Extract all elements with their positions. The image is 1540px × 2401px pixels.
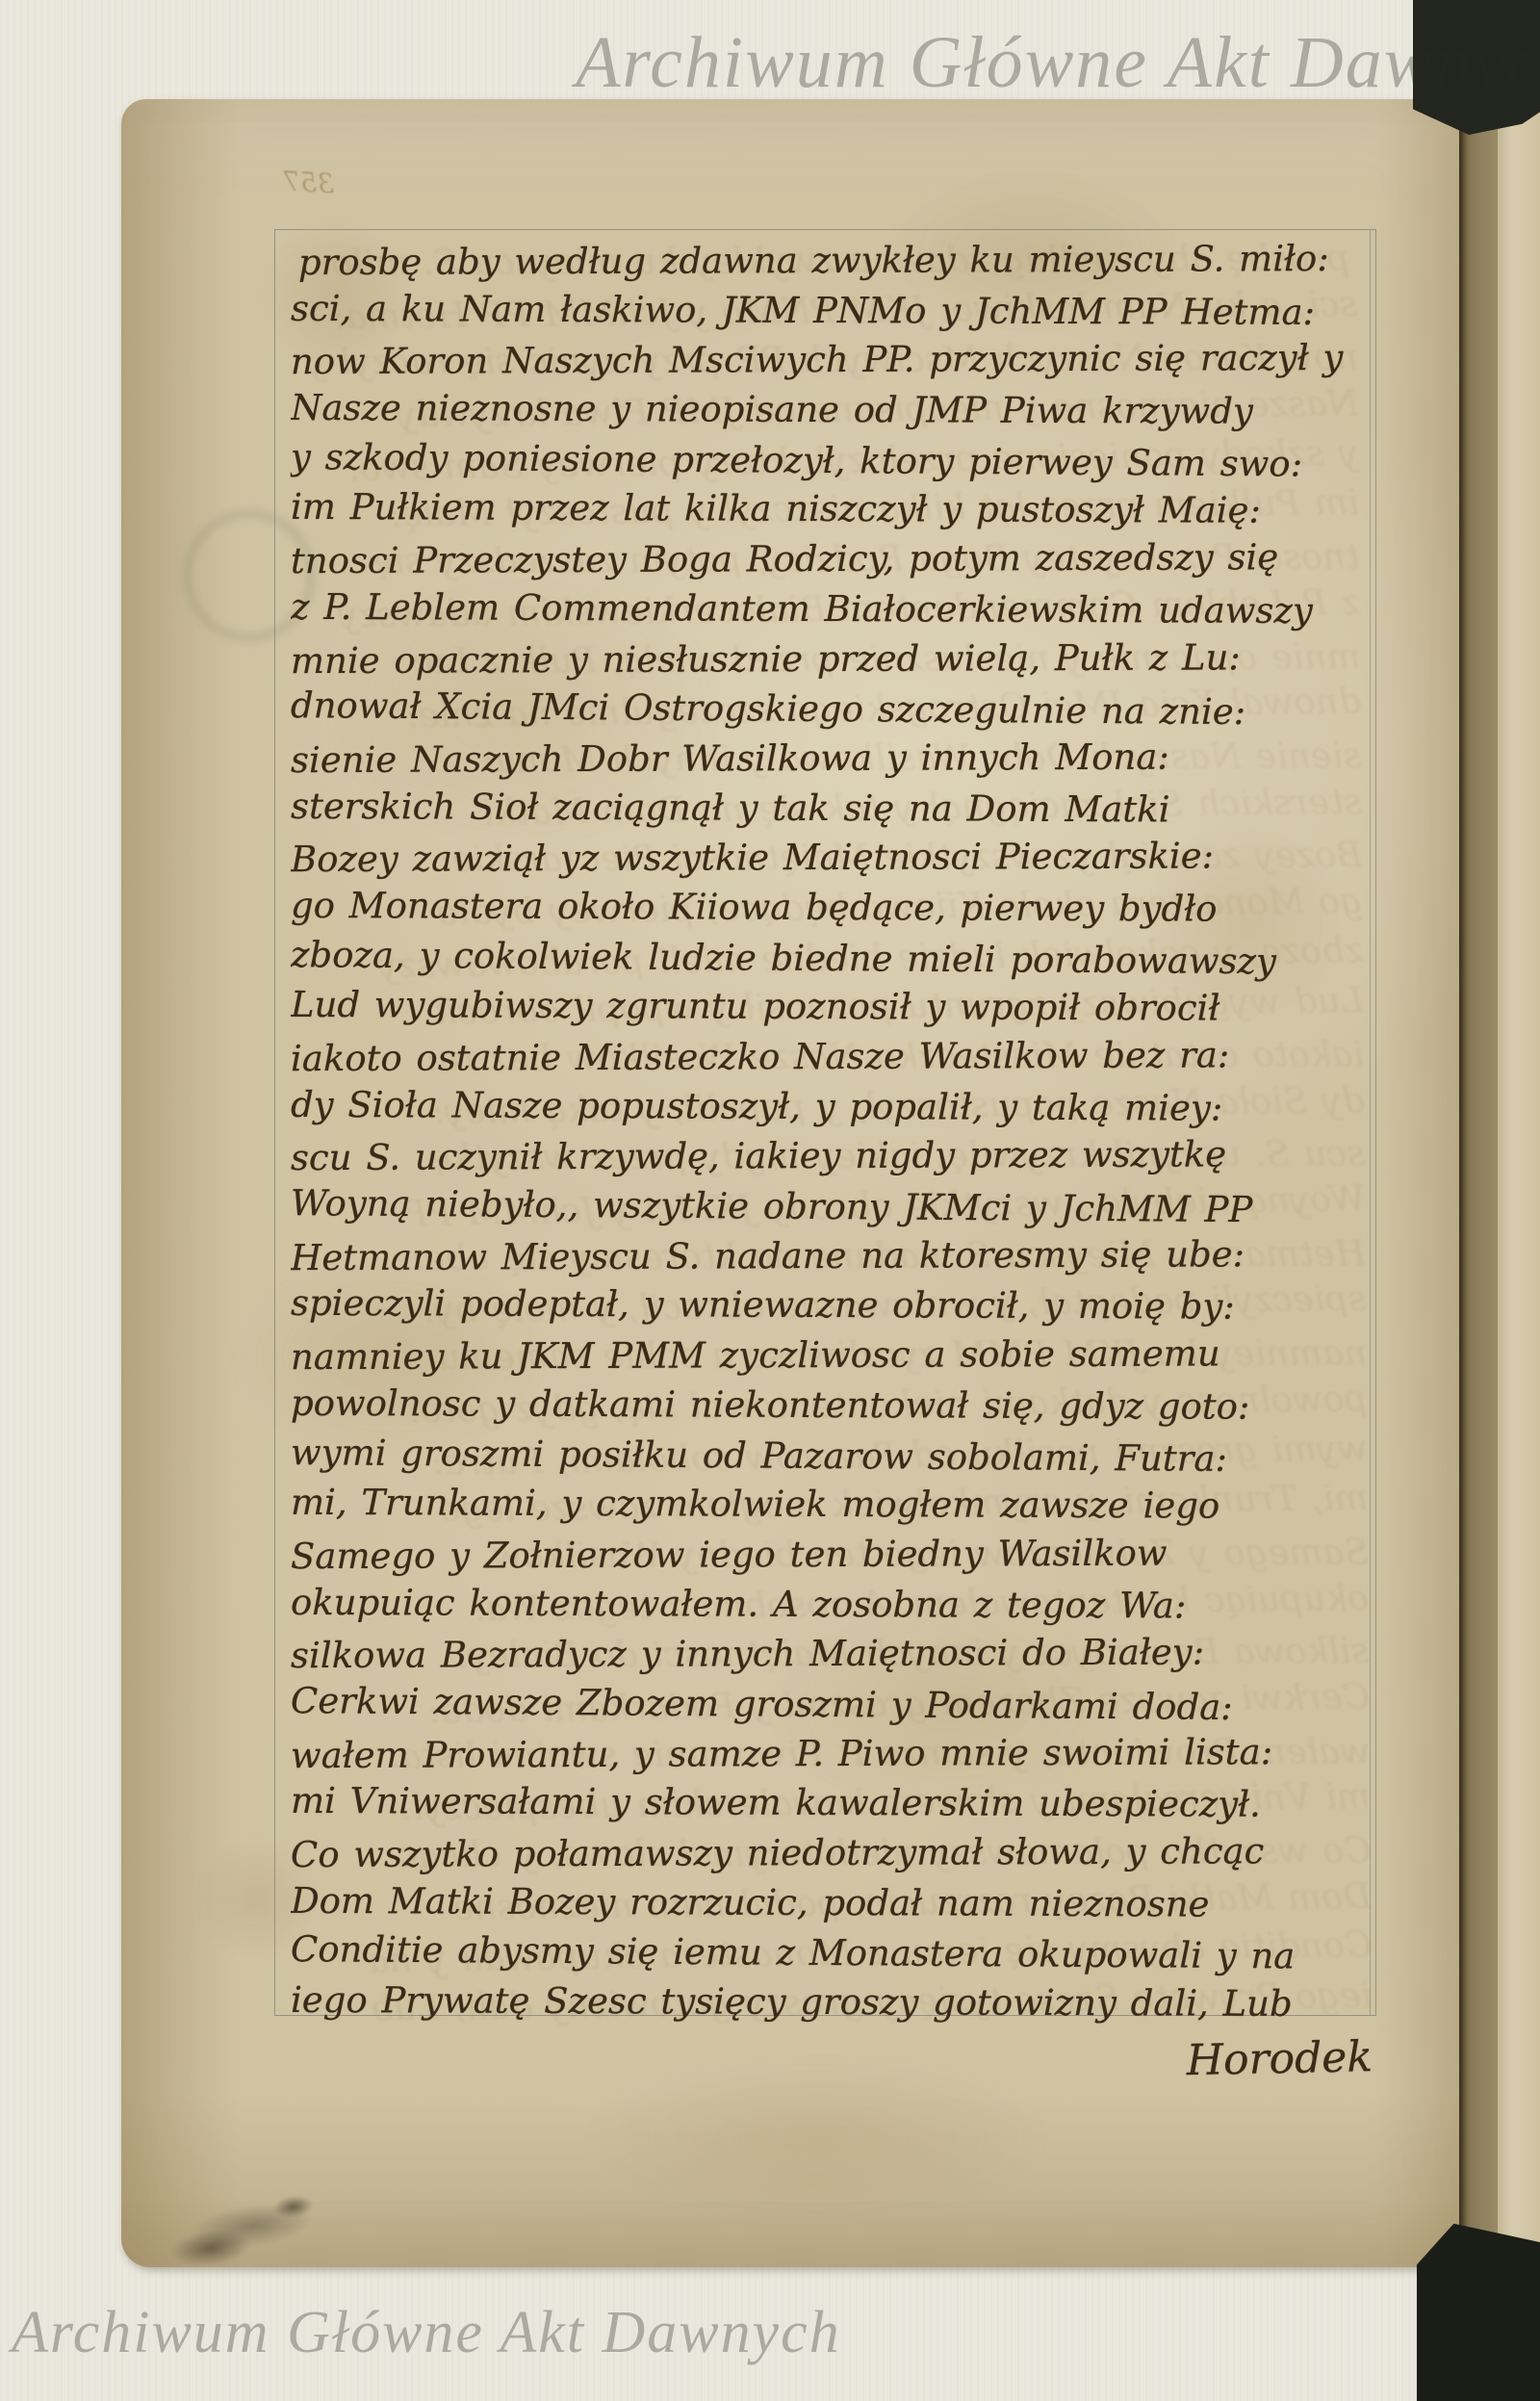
manuscript-line: im Pułkiem przez lat kilka niszczył y pu… [291,482,1365,536]
manuscript-line: Samego y Zołnierzow iego ten biedny Wasi… [291,1528,1365,1582]
manuscript-line: Nasze nieznosne y nieopisane od JMP Piwa… [291,383,1365,437]
manuscript-text: prosbę aby według zdawna zwykłey ku miey… [291,236,1365,2027]
manuscript-line: spieczyli podeptał, y wniewazne obrocił,… [291,1278,1365,1332]
binding-ribbon-top-right [1413,0,1540,135]
manuscript-line: iakoto ostatnie Miasteczko Nasze Wasilko… [291,1030,1365,1084]
manuscript-line: Bozey zawziął yz wszytkie Maiętnosci Pie… [291,831,1365,885]
manuscript-line: mnie opacznie y niesłusznie przed wielą,… [291,632,1365,685]
manuscript-line: mi, Trunkami, y czymkolwiek mogłem zawsz… [291,1478,1365,1532]
signature: Horodek [1016,2032,1373,2089]
archive-watermark-top: Archiwum Główne Akt Dawnych [576,21,1540,105]
bleedthrough-folio-number: 357 [282,166,335,200]
manuscript-line: scu S. uczynił krzywdę, iakiey nigdy prz… [291,1129,1365,1183]
manuscript-line: namniey ku JKM PMM zyczliwosc a sobie sa… [291,1329,1365,1382]
manuscript-line: tnosci Przeczystey Boga Rodzicy, potym z… [291,532,1365,586]
manuscript-line: sienie Naszych Dobr Wasilkowa y innych M… [291,732,1365,786]
manuscript-line: powolnosc y datkami niekontentował się, … [291,1379,1365,1433]
manuscript-line: dnował Xcia JMci Ostrogskiego szczegulni… [291,681,1365,737]
manuscript-line: Cerkwi zawsze Zbozem groszmi y Podarkami… [291,1676,1365,1733]
manuscript-line: now Koron Naszych Msciwych PP. przyczyni… [291,333,1365,387]
manuscript-line: Woyną niebyło,, wszytkie obrony JKMci y … [291,1178,1365,1235]
ink-smudge [154,2185,335,2283]
manuscript-line: Conditie abysmy się iemu z Monastera oku… [291,1924,1365,1981]
scanned-archive-image: 357 prosbę aby według zdawna zwykłey ku … [0,0,1540,2401]
manuscript-line: silkowa Bezradycz y innych Maiętnosci do… [291,1627,1365,1681]
manuscript-line: sci, a ku Nam łaskiwo, JKM PNMo y JchMM … [291,284,1365,338]
manuscript-line: go Monastera około Kiiowa będące, pierwe… [291,881,1365,935]
manuscript-line: Dom Matki Bozey rozrzucic, podał nam nie… [291,1876,1365,1930]
manuscript-line: Lud wygubiwszy zgruntu poznosił y wpopił… [291,980,1365,1034]
manuscript-line: mi Vniwersałami y słowem kawalerskim ube… [291,1776,1365,1830]
manuscript-line: zboza, y cokolwiek ludzie biedne mieli p… [291,930,1365,987]
archive-watermark-bottom: Archiwum Główne Akt Dawnych [12,2299,841,2367]
manuscript-line: sterskich Sioł zaciągnął y tak się na Do… [291,781,1365,835]
manuscript-line: iego Prywatę Szesc tysięcy groszy gotowi… [291,1975,1365,2029]
manuscript-line: okupuiąc kontentowałem. A zosobna z tego… [291,1577,1365,1631]
manuscript-line: prosbę aby według zdawna zwykłey ku miey… [291,234,1365,288]
manuscript-line: wymi groszmi posiłku od Pazarow sobolami… [291,1428,1365,1484]
manuscript-line: Co wszytko połamawszy niedotrzymał słowa… [291,1826,1365,1880]
manuscript-line: dy Sioła Nasze popustoszył, y popalił, y… [291,1080,1365,1134]
manuscript-line: Hetmanow Mieyscu S. nadane na ktoresmy s… [291,1229,1365,1283]
manuscript-line: wałem Prowiantu, y samze P. Piwo mnie sw… [291,1726,1365,1780]
manuscript-line: y szkody poniesione przełozył, ktory pie… [291,432,1365,489]
manuscript-page: 357 prosbę aby według zdawna zwykłey ku … [121,99,1459,2267]
manuscript-line: z P. Leblem Commendantem Białocerkiewski… [291,582,1365,636]
